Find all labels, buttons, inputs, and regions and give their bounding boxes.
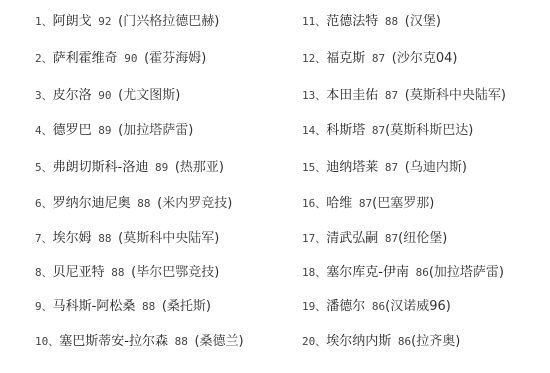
rank-number: 8、 — [35, 266, 53, 279]
list-item: 9、马科斯-阿松桑 88 (桑托斯) — [35, 298, 211, 315]
rank-number: 6、 — [35, 197, 53, 210]
rank-number: 15、 — [302, 161, 326, 174]
player-name: 埃尔纳内斯 — [326, 334, 391, 349]
player-name: 埃尔姆 — [53, 231, 92, 246]
player-name: 哈维 — [326, 196, 352, 211]
rank-number: 20、 — [302, 335, 326, 348]
rank-number: 3、 — [35, 89, 53, 102]
player-name: 弗朗切斯科-洛迪 — [53, 160, 149, 175]
player-name: 清武弘嗣 — [326, 231, 378, 246]
player-rating: 87 — [352, 197, 372, 210]
player-club: (拉齐奥) — [411, 334, 460, 349]
player-club: (纽伦堡) — [398, 231, 447, 246]
player-name: 塞尔库克-伊南 — [326, 265, 409, 280]
list-item: 4、德罗巴 89 (加拉塔萨雷) — [35, 122, 193, 139]
player-rating: 87 — [378, 232, 398, 245]
rank-number: 19、 — [302, 300, 326, 313]
rank-number: 10、 — [35, 335, 59, 348]
player-name: 贝尼亚特 — [53, 265, 105, 280]
player-rating: 89 — [148, 161, 175, 174]
rank-number: 1、 — [35, 15, 53, 28]
player-rating: 88 — [378, 15, 405, 28]
rank-number: 5、 — [35, 161, 53, 174]
player-rating: 90 — [118, 52, 145, 65]
list-item: 16、哈维 87(巴塞罗那) — [302, 195, 434, 212]
list-item: 13、本田圭佑 87 (莫斯科中央陆军) — [302, 87, 506, 104]
player-name: 迪纳塔莱 — [326, 160, 378, 175]
player-rating: 86 — [391, 335, 411, 348]
player-club: (汉堡) — [405, 14, 441, 29]
player-rating: 87 — [378, 89, 405, 102]
player-rating: 88 — [135, 300, 162, 313]
list-item: 6、罗纳尔迪尼奥 88 (米内罗竞技) — [35, 195, 232, 212]
rank-number: 12、 — [302, 52, 326, 65]
player-name: 德罗巴 — [53, 123, 92, 138]
player-club: (加拉塔萨雷) — [118, 123, 193, 138]
list-item: 10、塞巴斯蒂安-拉尔森 88 (桑德兰) — [35, 333, 244, 350]
player-club: (巴塞罗那) — [372, 196, 434, 211]
player-club: (桑托斯) — [162, 299, 211, 314]
player-rating: 87 — [378, 161, 405, 174]
player-club: (门兴格拉德巴赫) — [118, 14, 219, 29]
player-club: (热那亚) — [175, 160, 224, 175]
player-name: 皮尔洛 — [53, 88, 92, 103]
player-rating: 88 — [105, 266, 132, 279]
player-rating: 87 — [365, 52, 392, 65]
player-name: 萨利霍维奇 — [53, 51, 118, 66]
rank-number: 9、 — [35, 300, 53, 313]
list-item: 14、科斯塔 87(莫斯科斯巴达) — [302, 122, 473, 139]
rank-number: 14、 — [302, 124, 326, 137]
player-club: (加拉塔萨雷) — [429, 265, 504, 280]
player-rating: 87 — [365, 124, 385, 137]
list-item: 2、萨利霍维奇 90 (霍芬海姆) — [35, 50, 206, 67]
player-club: (莫斯科中央陆军) — [405, 88, 506, 103]
rank-number: 7、 — [35, 232, 53, 245]
list-item: 7、埃尔姆 88 (莫斯科中央陆军) — [35, 230, 219, 247]
player-rating: 88 — [92, 232, 119, 245]
player-name: 本田圭佑 — [326, 88, 378, 103]
list-item: 19、潘德尔 86(汉诺威96) — [302, 298, 451, 315]
rank-number: 11、 — [302, 15, 326, 28]
player-rating: 89 — [92, 124, 119, 137]
rank-number: 2、 — [35, 52, 53, 65]
player-rating: 86 — [365, 300, 385, 313]
player-name: 塞巴斯蒂安-拉尔森 — [59, 334, 168, 349]
rank-number: 18、 — [302, 266, 326, 279]
player-club: (乌迪内斯) — [405, 160, 467, 175]
list-item: 20、埃尔纳内斯 86(拉齐奥) — [302, 333, 460, 350]
player-name: 马科斯-阿松桑 — [53, 299, 136, 314]
player-club: (莫斯科斯巴达) — [385, 123, 473, 138]
list-item: 8、贝尼亚特 88 (毕尔巴鄂竞技) — [35, 264, 219, 281]
list-item: 5、弗朗切斯科-洛迪 89 (热那亚) — [35, 159, 224, 176]
player-club: (米内罗竞技) — [157, 196, 232, 211]
list-item: 1、阿朗戈 92 (门兴格拉德巴赫) — [35, 13, 219, 30]
rank-number: 4、 — [35, 124, 53, 137]
list-item: 12、福克斯 87 (沙尔克04) — [302, 50, 457, 67]
player-club: (汉诺威96) — [385, 299, 451, 314]
player-name: 福克斯 — [326, 51, 365, 66]
player-rating: 88 — [168, 335, 195, 348]
player-club: (桑德兰) — [194, 334, 243, 349]
rank-number: 16、 — [302, 197, 326, 210]
player-rating: 88 — [131, 197, 158, 210]
player-club: (沙尔克04) — [392, 51, 458, 66]
player-club: (毕尔巴鄂竞技) — [131, 265, 219, 280]
list-item: 3、皮尔洛 90 (尤文图斯) — [35, 87, 180, 104]
player-name: 潘德尔 — [326, 299, 365, 314]
player-rating: 90 — [92, 89, 119, 102]
player-club: (尤文图斯) — [118, 88, 180, 103]
player-club: (莫斯科中央陆军) — [118, 231, 219, 246]
player-name: 罗纳尔迪尼奥 — [53, 196, 131, 211]
player-name: 科斯塔 — [326, 123, 365, 138]
list-item: 17、清武弘嗣 87(纽伦堡) — [302, 230, 447, 247]
player-name: 阿朗戈 — [53, 14, 92, 29]
list-item: 15、迪纳塔莱 87 (乌迪内斯) — [302, 159, 467, 176]
player-rating: 86 — [409, 266, 429, 279]
list-item: 18、塞尔库克-伊南 86(加拉塔萨雷) — [302, 264, 504, 281]
list-item: 11、范德法特 88 (汉堡) — [302, 13, 441, 30]
rank-number: 13、 — [302, 89, 326, 102]
player-name: 范德法特 — [326, 14, 378, 29]
player-club: (霍芬海姆) — [144, 51, 206, 66]
player-rating: 92 — [92, 15, 119, 28]
rank-number: 17、 — [302, 232, 326, 245]
